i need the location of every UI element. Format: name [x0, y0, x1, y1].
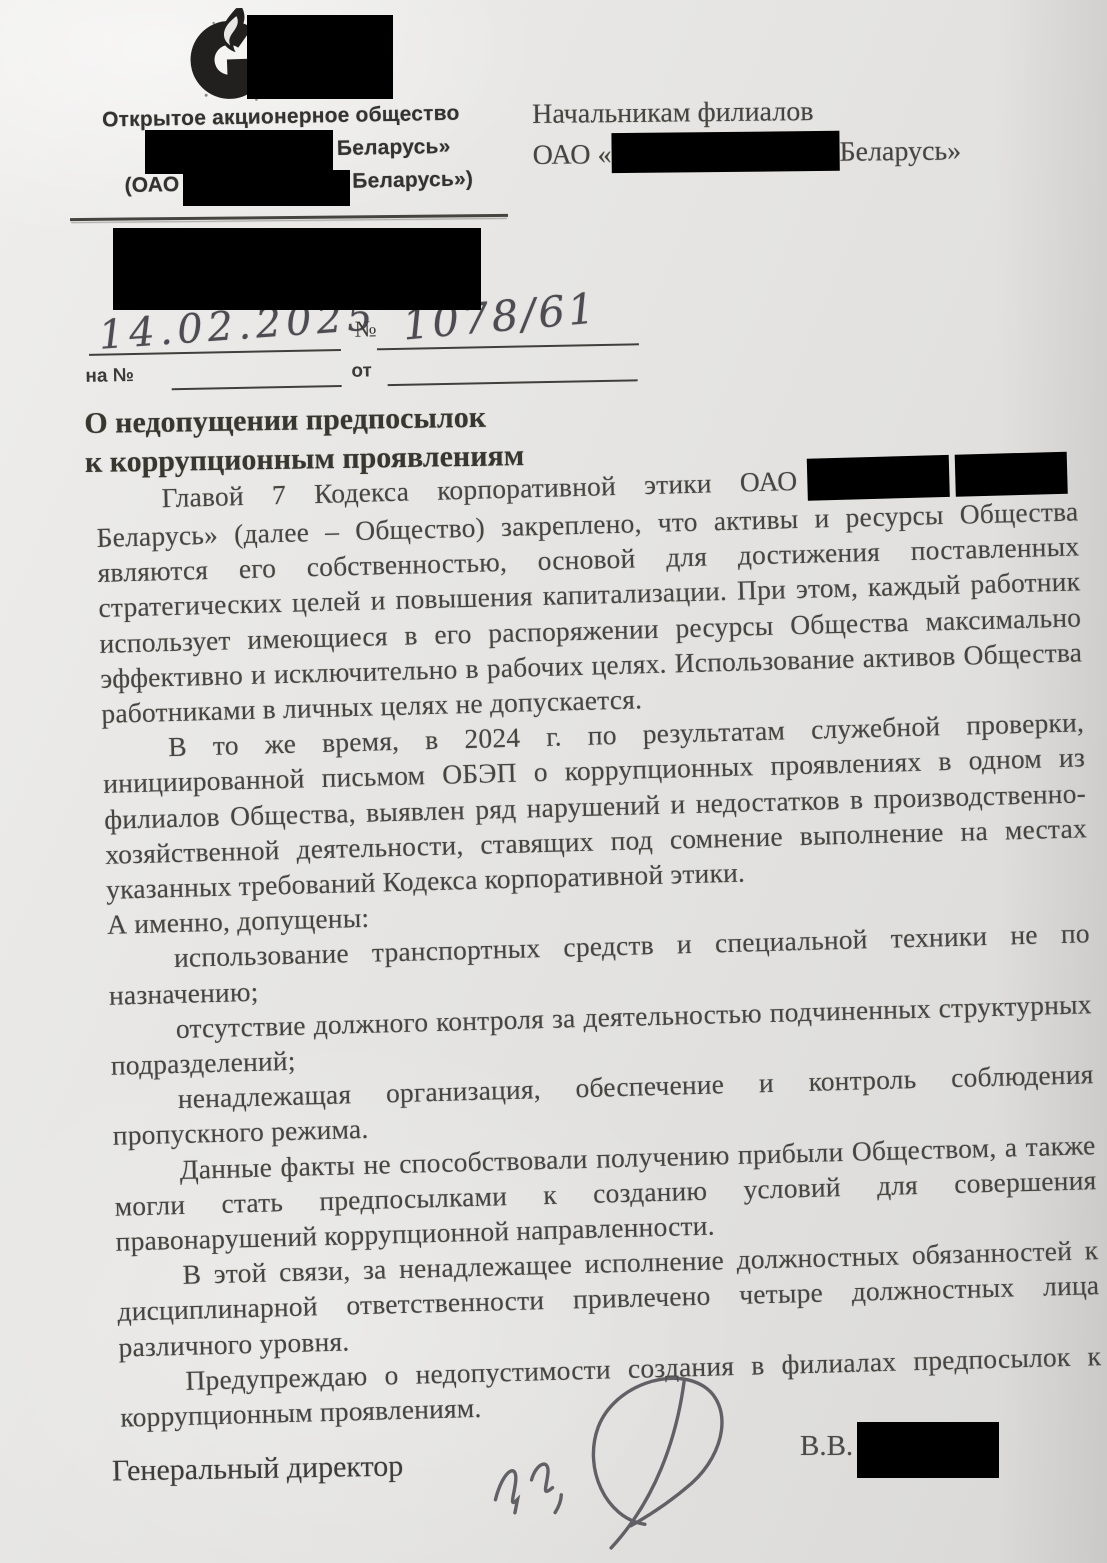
scanned-letter-page: Открытое акционерное общество Беларусь» …	[0, 0, 1107, 1563]
redaction-box	[183, 170, 350, 206]
letter-body: Главой 7 Кодекса корпоративной этики ОАО…	[95, 451, 1103, 1434]
redaction-box	[955, 452, 1068, 497]
recipient-line2: ОАО «Беларусь»	[532, 129, 1012, 175]
redaction-box	[857, 1422, 999, 1478]
recipient-block: Начальникам филиалов ОАО «Беларусь»	[532, 91, 1013, 175]
recipient-line1: Начальникам филиалов	[532, 91, 1012, 134]
body-paragraph-1: Главой 7 Кодекса корпоративной этики ОАО…	[95, 451, 1083, 731]
redaction-box	[611, 131, 839, 173]
body-paragraph-2: В то же время, в 2024 г. по результатам …	[102, 705, 1088, 908]
from-date-underline	[388, 379, 638, 386]
redaction-box	[807, 455, 950, 501]
reply-number-underline	[172, 385, 342, 390]
reply-to-number-label: на №	[85, 365, 134, 388]
signer-job-title: Генеральный директор	[112, 1449, 404, 1488]
number-sign: №	[354, 316, 376, 342]
redaction-box	[247, 15, 393, 99]
handwritten-signature	[430, 1368, 820, 1558]
from-date-label: от	[351, 360, 372, 382]
letterhead-divider-line	[70, 214, 508, 221]
redaction-box	[113, 228, 481, 310]
subject-line1: О недопущении предпосылок	[84, 397, 524, 443]
redaction-box	[145, 130, 333, 174]
